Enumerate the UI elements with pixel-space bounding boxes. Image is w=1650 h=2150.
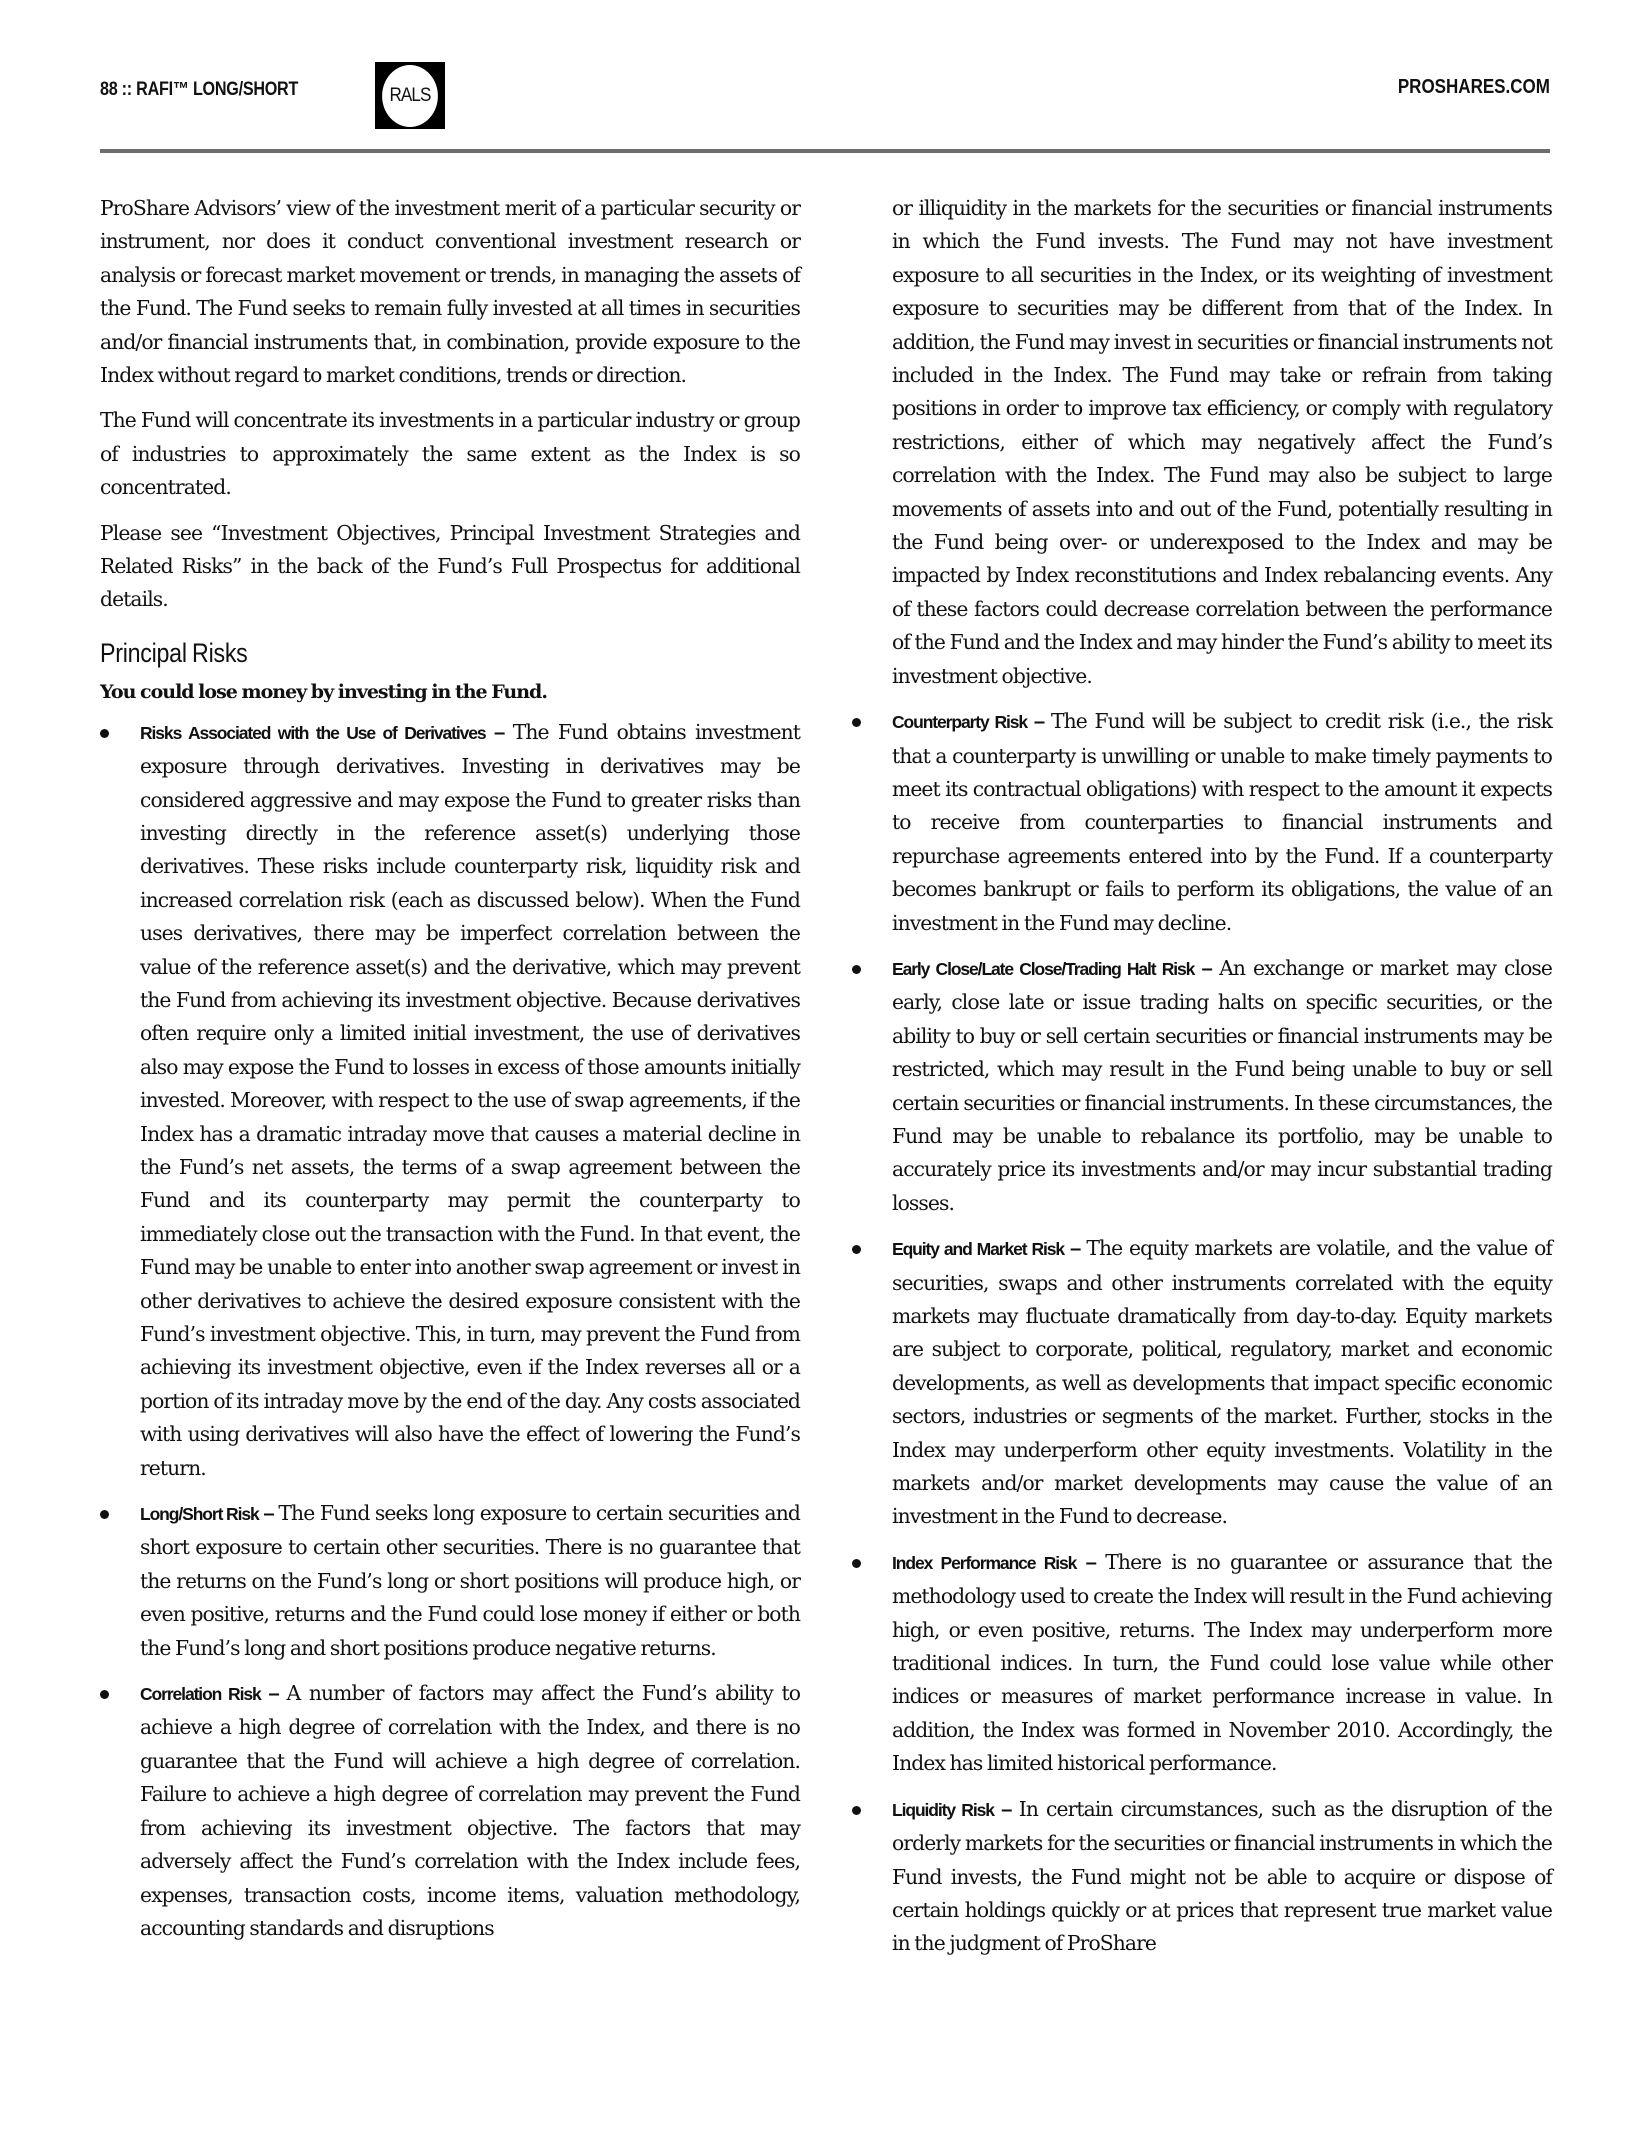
bullet-icon bbox=[852, 1245, 861, 1254]
risk-item-trading-halt: Early Close/Late Close/Trading Halt Risk… bbox=[852, 952, 1552, 1220]
em-dash: – bbox=[1064, 1238, 1086, 1260]
em-dash: – bbox=[1194, 958, 1219, 980]
risk-name: Index Performance Risk bbox=[892, 1553, 1076, 1573]
page-number-title: 88 :: RAFI™ LONG/SHORT bbox=[100, 79, 298, 101]
em-dash: – bbox=[1076, 1552, 1105, 1574]
risk-text: The Fund seeks long exposure to certain … bbox=[140, 1501, 800, 1660]
risk-text: The Fund obtains investment exposure thr… bbox=[140, 720, 800, 1480]
risk-item-index-performance: Index Performance Risk – There is no gua… bbox=[852, 1546, 1552, 1781]
correlation-risk-continuation: or illiquidity in the markets for the se… bbox=[852, 192, 1552, 693]
ticker-badge: RALS bbox=[375, 62, 445, 129]
risk-item-long-short: Long/Short Risk – The Fund seeks long ex… bbox=[100, 1497, 800, 1665]
risk-item-counterparty: Counterparty Risk – The Fund will be sub… bbox=[852, 705, 1552, 940]
risk-text: An exchange or market may close early, c… bbox=[892, 956, 1552, 1215]
risk-name: Correlation Risk bbox=[140, 1684, 261, 1704]
risk-name: Liquidity Risk bbox=[892, 1800, 994, 1820]
page-header: 88 :: RAFI™ LONG/SHORT RALS PROSHARES.CO… bbox=[100, 60, 1550, 150]
risk-text: A number of factors may affect the Fund’… bbox=[140, 1681, 800, 1940]
risk-name: Early Close/Late Close/Trading Halt Risk bbox=[892, 959, 1194, 979]
risk-text: The Fund will be subject to credit risk … bbox=[892, 709, 1552, 934]
risk-item-correlation: Correlation Risk – A number of factors m… bbox=[100, 1677, 800, 1945]
em-dash: – bbox=[1027, 711, 1051, 733]
risk-list-left: Risks Associated with the Use of Derivat… bbox=[100, 716, 800, 1946]
ticker-symbol: RALS bbox=[382, 65, 438, 127]
em-dash: – bbox=[259, 1503, 279, 1525]
header-divider bbox=[100, 149, 1550, 153]
bullet-icon bbox=[852, 1559, 861, 1568]
bullet-icon bbox=[852, 1806, 861, 1815]
risk-list-right: Counterparty Risk – The Fund will be sub… bbox=[852, 705, 1552, 1961]
header-left: 88 :: RAFI™ LONG/SHORT bbox=[100, 60, 333, 120]
risk-text: The equity markets are volatile, and the… bbox=[892, 1236, 1552, 1528]
section-title-principal-risks: Principal Risks bbox=[100, 637, 702, 670]
left-column: ProShare Advisors’ view of the investmen… bbox=[100, 192, 800, 1957]
risk-text: There is no guarantee or assurance that … bbox=[892, 1550, 1552, 1775]
bullet-icon bbox=[100, 1510, 109, 1519]
intro-paragraph: ProShare Advisors’ view of the investmen… bbox=[100, 192, 800, 392]
bullet-icon bbox=[100, 1690, 109, 1699]
em-dash: – bbox=[994, 1799, 1019, 1821]
risk-text: In certain circumstances, such as the di… bbox=[892, 1797, 1552, 1956]
risk-warning-subhead: You could lose money by investing in the… bbox=[100, 676, 800, 709]
bullet-icon bbox=[100, 729, 109, 738]
risk-item-derivatives: Risks Associated with the Use of Derivat… bbox=[100, 716, 800, 1485]
right-column: or illiquidity in the markets for the se… bbox=[852, 192, 1552, 1973]
em-dash: – bbox=[486, 722, 513, 744]
bullet-icon bbox=[852, 718, 861, 727]
risk-name: Counterparty Risk bbox=[892, 712, 1027, 732]
risk-name: Long/Short Risk bbox=[140, 1504, 259, 1524]
bullet-icon bbox=[852, 965, 861, 974]
risk-name: Equity and Market Risk bbox=[892, 1239, 1064, 1259]
see-prospectus-paragraph: Please see “Investment Objectives, Princ… bbox=[100, 517, 800, 617]
website-link[interactable]: PROSHARES.COM bbox=[1398, 76, 1550, 99]
risk-item-equity-market: Equity and Market Risk – The equity mark… bbox=[852, 1232, 1552, 1534]
risk-name: Risks Associated with the Use of Derivat… bbox=[140, 723, 486, 743]
concentration-paragraph: The Fund will concentrate its investment… bbox=[100, 404, 800, 504]
risk-item-liquidity: Liquidity Risk – In certain circumstance… bbox=[852, 1793, 1552, 1961]
em-dash: – bbox=[261, 1683, 287, 1705]
